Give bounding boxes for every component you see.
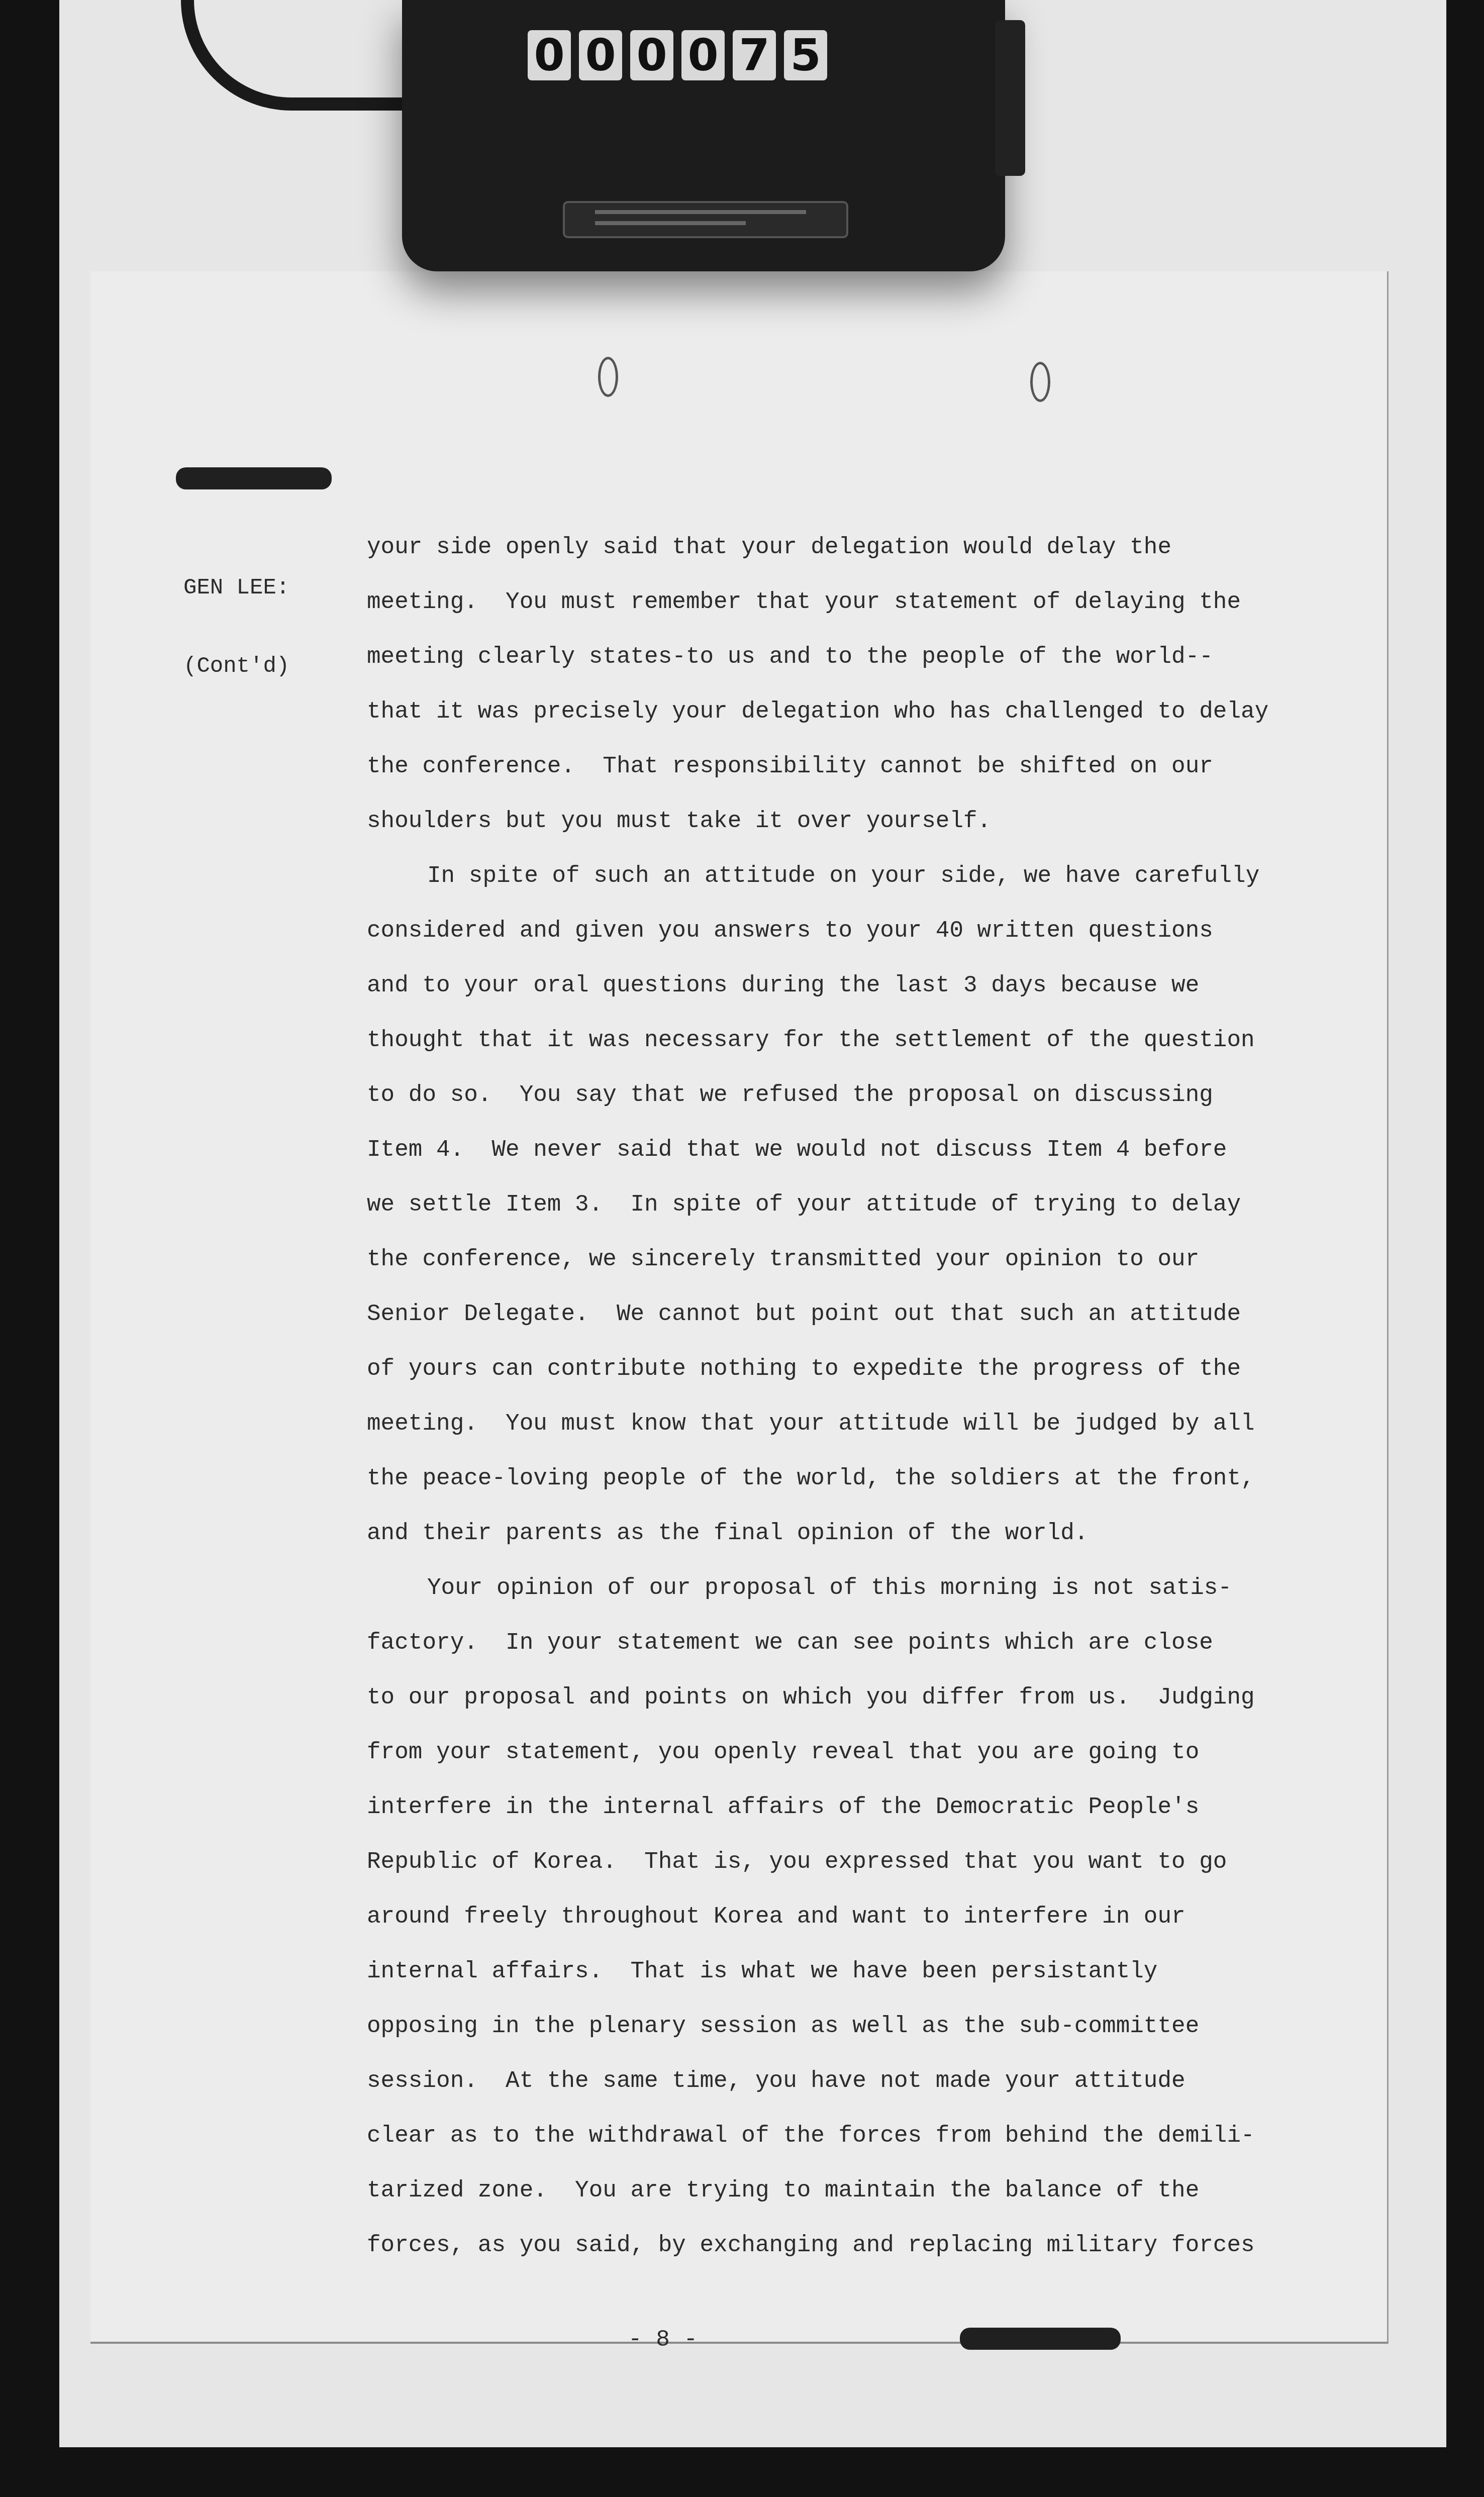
text-line: factory. In your statement we can see po… — [367, 1616, 1281, 1670]
text-line: around freely throughout Korea and want … — [367, 1889, 1281, 1944]
transcript-body: your side openly said that your delegati… — [367, 520, 1281, 2273]
text-line: meeting. You must remember that your sta… — [367, 575, 1281, 630]
counter-digit: 0 — [528, 30, 571, 80]
text-line: from your statement, you openly reveal t… — [367, 1725, 1281, 1780]
text-line: meeting clearly states-to us and to the … — [367, 630, 1281, 684]
speaker-continuation: (Cont'd) — [183, 653, 289, 679]
text-line: Republic of Korea. That is, you expresse… — [367, 1835, 1281, 1889]
frame-counter-device: 0 0 0 0 7 5 — [402, 0, 1005, 271]
counter-digit: 0 — [681, 30, 725, 80]
speaker-label: GEN LEE: (Cont'd) — [183, 523, 289, 706]
text-line: your side openly said that your delegati… — [367, 520, 1281, 575]
text-line: tarized zone. You are trying to maintain… — [367, 2163, 1281, 2218]
text-line: we settle Item 3. In spite of your attit… — [367, 1177, 1281, 1232]
redaction-mark-top — [176, 467, 332, 489]
speaker-name: GEN LEE: — [183, 575, 289, 601]
text-line: Item 4. We never said that we would not … — [367, 1123, 1281, 1177]
text-line: the conference. That responsibility cann… — [367, 739, 1281, 794]
redaction-mark-bottom — [960, 2328, 1121, 2350]
text-line: and their parents as the final opinion o… — [367, 1506, 1281, 1561]
text-line: interfere in the internal affairs of the… — [367, 1780, 1281, 1835]
counter-digit: 0 — [579, 30, 622, 80]
counter-digit: 7 — [733, 30, 776, 80]
text-line: the conference, we sincerely transmitted… — [367, 1232, 1281, 1287]
counter-knob — [995, 20, 1025, 176]
counter-digit: 0 — [630, 30, 673, 80]
text-line: and to your oral questions during the la… — [367, 958, 1281, 1013]
text-line: opposing in the plenary session as well … — [367, 1999, 1281, 2054]
paragraph: Your opinion of our proposal of this mor… — [367, 1561, 1281, 2273]
text-line: Senior Delegate. We cannot but point out… — [367, 1287, 1281, 1342]
paragraph: In spite of such an attitude on your sid… — [367, 849, 1281, 1561]
text-line: that it was precisely your delegation wh… — [367, 684, 1281, 739]
text-line: session. At the same time, you have not … — [367, 2054, 1281, 2109]
text-line: internal affairs. That is what we have b… — [367, 1944, 1281, 1999]
text-line: to do so. You say that we refused the pr… — [367, 1068, 1281, 1123]
text-line: forces, as you said, by exchanging and r… — [367, 2218, 1281, 2273]
text-line: shoulders but you must take it over your… — [367, 794, 1281, 849]
text-line: considered and given you answers to your… — [367, 904, 1281, 958]
counter-nameplate — [563, 201, 848, 238]
text-line: thought that it was necessary for the se… — [367, 1013, 1281, 1068]
text-line: meeting. You must know that your attitud… — [367, 1396, 1281, 1451]
punch-hole-left — [598, 357, 618, 397]
text-line: In spite of such an attitude on your sid… — [367, 849, 1281, 904]
page-number: - 8 - — [628, 2327, 698, 2353]
text-line: to our proposal and points on which you … — [367, 1670, 1281, 1725]
text-line: of yours can contribute nothing to exped… — [367, 1342, 1281, 1396]
text-line: Your opinion of our proposal of this mor… — [367, 1561, 1281, 1616]
text-line: clear as to the withdrawal of the forces… — [367, 2109, 1281, 2163]
frame-counter: 0 0 0 0 7 5 — [528, 30, 827, 80]
text-line: the peace-loving people of the world, th… — [367, 1451, 1281, 1506]
punch-hole-right — [1030, 362, 1050, 402]
counter-digit: 5 — [784, 30, 827, 80]
paragraph: your side openly said that your delegati… — [367, 520, 1281, 849]
